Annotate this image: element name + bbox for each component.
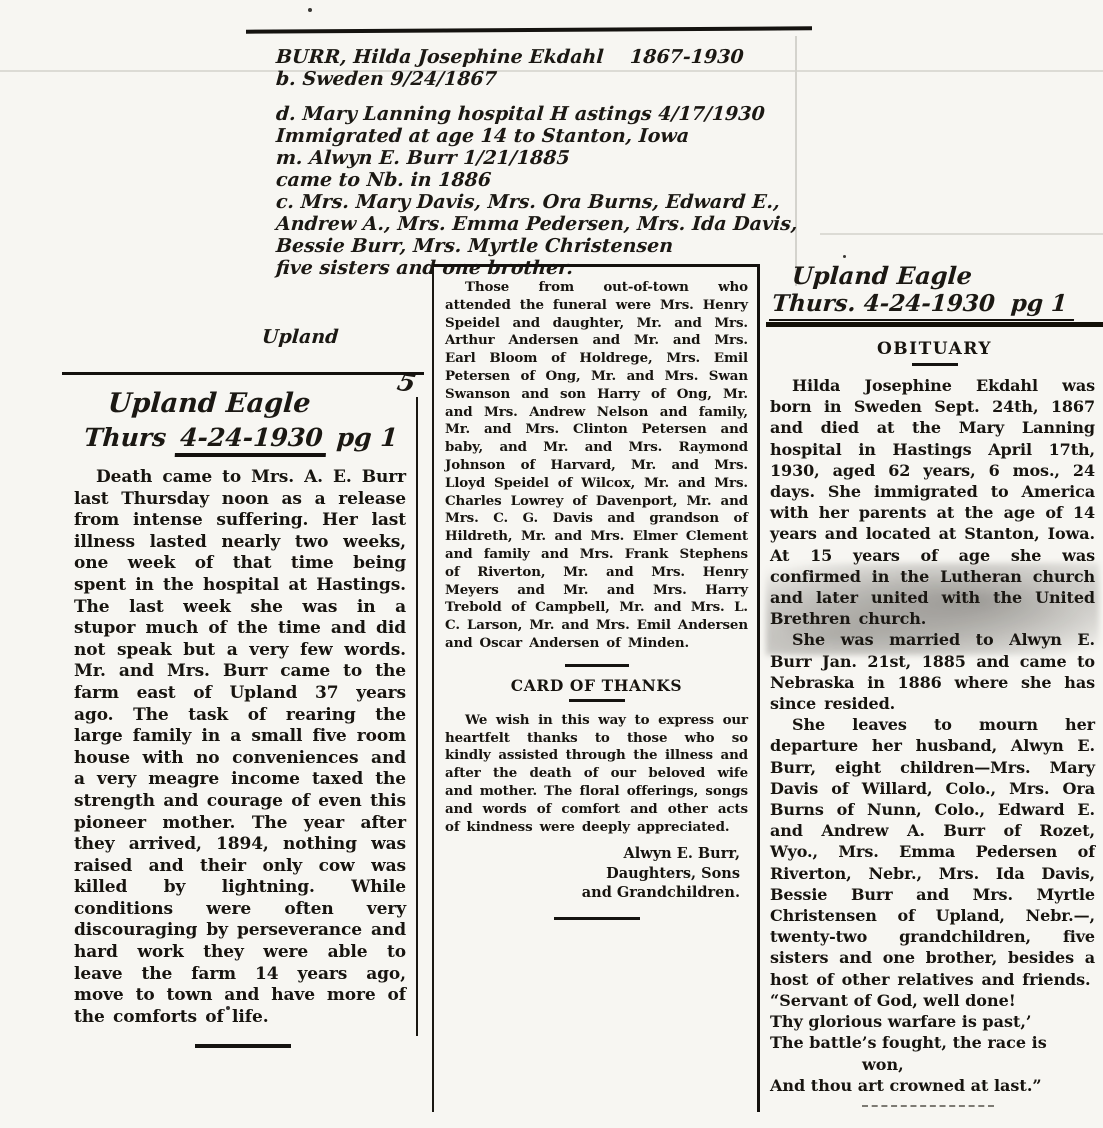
index-card-line: c. Mrs. Mary Davis, Mrs. Ora Burns, Edwa…	[275, 191, 807, 213]
source-date-line: Thurs4-24-1930pg 1	[83, 423, 413, 453]
middle-clipping: Those from out-of-town who attended the …	[432, 264, 760, 1112]
column-divider	[565, 664, 629, 667]
column-divider-dashed	[862, 1105, 994, 1107]
poem-line: The battle’s fought, the race is	[770, 1032, 1103, 1053]
news-paragraph: Those from out-of-town who attended the …	[445, 279, 748, 653]
poem-line: And thou art crowned at last.”	[770, 1075, 1103, 1096]
index-card-line: d. Mary Lanning hospital H astings 4/17/…	[275, 103, 807, 125]
poem-line: Thy glorious warfare is past,’	[770, 1011, 1103, 1032]
index-card-line: Andrew A., Mrs. Emma Pedersen, Mrs. Ida …	[275, 213, 807, 235]
scan-speck	[843, 255, 846, 258]
news-paragraph: She leaves to mourn her departure her hu…	[770, 714, 1095, 990]
source-date: 4-24-1930	[863, 290, 996, 317]
title-underline	[569, 699, 625, 702]
obituary-body: Hilda Josephine Ekdahl was born in Swede…	[770, 375, 1095, 990]
column-divider	[195, 1044, 291, 1048]
index-card-line: b. Sweden 9/24/1867	[275, 68, 807, 90]
card-of-thanks-text: We wish in this way to express our heart…	[445, 712, 748, 837]
index-card-line: m. Alwyn E. Burr 1/21/1885	[275, 147, 807, 169]
signature-line: Alwyn E. Burr,	[445, 844, 740, 864]
memorial-poem: “Servant of God, well done! Thy glorious…	[770, 990, 1103, 1096]
obituary-news-text: Death came to Mrs. A. E. Burr last Thurs…	[74, 467, 406, 1028]
source-page: pg 1	[1010, 290, 1068, 317]
source-day: Thurs.	[771, 290, 857, 317]
index-card: BURR, Hilda Josephine Ekdahl 1867-1930 b…	[276, 46, 806, 279]
upland-note: Upland	[261, 326, 339, 348]
source-date: 4-24-1930	[175, 423, 328, 457]
title-underline	[912, 363, 958, 366]
news-paragraph: We wish in this way to express our heart…	[445, 712, 748, 837]
index-card-line: Immigrated at age 14 to Stanton, Iowa	[275, 125, 807, 147]
source-day: Thurs	[83, 423, 167, 452]
signature-block: Alwyn E. Burr, Daughters, Sons and Grand…	[445, 844, 748, 903]
index-card-line: BURR, Hilda Josephine Ekdahl 1867-1930	[275, 46, 807, 68]
poem-line: “Servant of God, well done!	[770, 990, 1103, 1011]
signature-line: and Grandchildren.	[445, 883, 740, 903]
left-clipping: Upland Eagle Thurs4-24-1930pg 1 Death ca…	[62, 372, 424, 1050]
scan-line-artifact	[820, 233, 1103, 235]
clipping-edge-line	[416, 397, 418, 1036]
news-paragraph: Death came to Mrs. A. E. Burr last Thurs…	[74, 467, 406, 1028]
obituary-title: OBITUARY	[766, 339, 1103, 359]
index-card-top-rule	[246, 26, 812, 33]
news-paragraph: She was married to Alwyn E. Burr Jan. 21…	[770, 629, 1095, 714]
source-page: pg 1	[336, 423, 399, 452]
poem-line: won,	[862, 1054, 1103, 1075]
signature-line: Daughters, Sons	[445, 864, 740, 884]
funeral-attendees-text: Those from out-of-town who attended the …	[445, 279, 748, 653]
index-card-line: Bessie Burr, Mrs. Myrtle Christensen	[275, 235, 807, 257]
source-date-line: Thurs. 4-24-1930 pg 1	[769, 290, 1076, 321]
right-clipping: Upland Eagle Thurs. 4-24-1930 pg 1 OBITU…	[766, 262, 1103, 1128]
column-divider	[554, 917, 640, 920]
source-paper-name: Upland Eagle	[791, 262, 1103, 290]
scan-speck	[308, 8, 312, 12]
index-card-line: came to Nb. in 1886	[275, 169, 807, 191]
card-of-thanks-title: CARD OF THANKS	[445, 676, 748, 695]
source-paper-name: Upland Eagle	[107, 389, 413, 419]
news-paragraph: Hilda Josephine Ekdahl was born in Swede…	[770, 375, 1095, 629]
clipping-top-rule	[766, 322, 1103, 327]
